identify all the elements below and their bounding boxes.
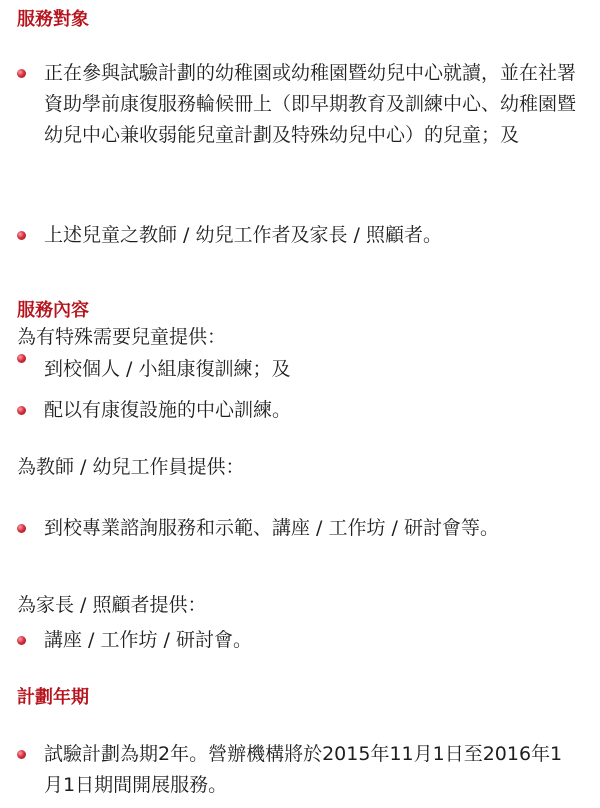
section-heading-content: 服務內容 — [17, 299, 89, 323]
bullet-icon — [17, 406, 26, 415]
bullet-icon — [17, 69, 26, 78]
section-heading-target: 服務對象 — [17, 8, 89, 32]
bullet-icon — [17, 524, 26, 533]
bullet-icon — [17, 354, 26, 363]
list-item: 到校專業諮詢服務和示範、講座 / 工作坊 / 研討會等。 — [44, 513, 584, 544]
list-item: 正在參與試驗計劃的幼稚園或幼稚園暨幼兒中心就讀，並在社署資助學前康復服務輪候冊上… — [44, 58, 584, 151]
list-item: 到校個人 / 小組康復訓練；及 — [44, 354, 584, 385]
bullet-icon — [17, 231, 26, 240]
list-item: 講座 / 工作坊 / 研討會。 — [44, 625, 584, 656]
list-item: 上述兒童之教師 / 幼兒工作者及家長 / 照顧者。 — [44, 220, 584, 251]
bullet-icon — [17, 636, 26, 645]
list-item: 配以有康復設施的中心訓練。 — [44, 395, 584, 426]
bullet-icon — [17, 750, 26, 759]
group-intro-children: 為有特殊需要兒童提供： — [17, 322, 226, 353]
group-intro-teachers: 為教師 / 幼兒工作員提供： — [17, 452, 244, 483]
group-intro-parents: 為家長 / 照顧者提供： — [17, 590, 206, 621]
list-item: 試驗計劃為期2年。營辦機構將於2015年11月1日至2016年1月1日期間開展服… — [44, 739, 569, 801]
section-heading-period: 計劃年期 — [17, 686, 89, 710]
